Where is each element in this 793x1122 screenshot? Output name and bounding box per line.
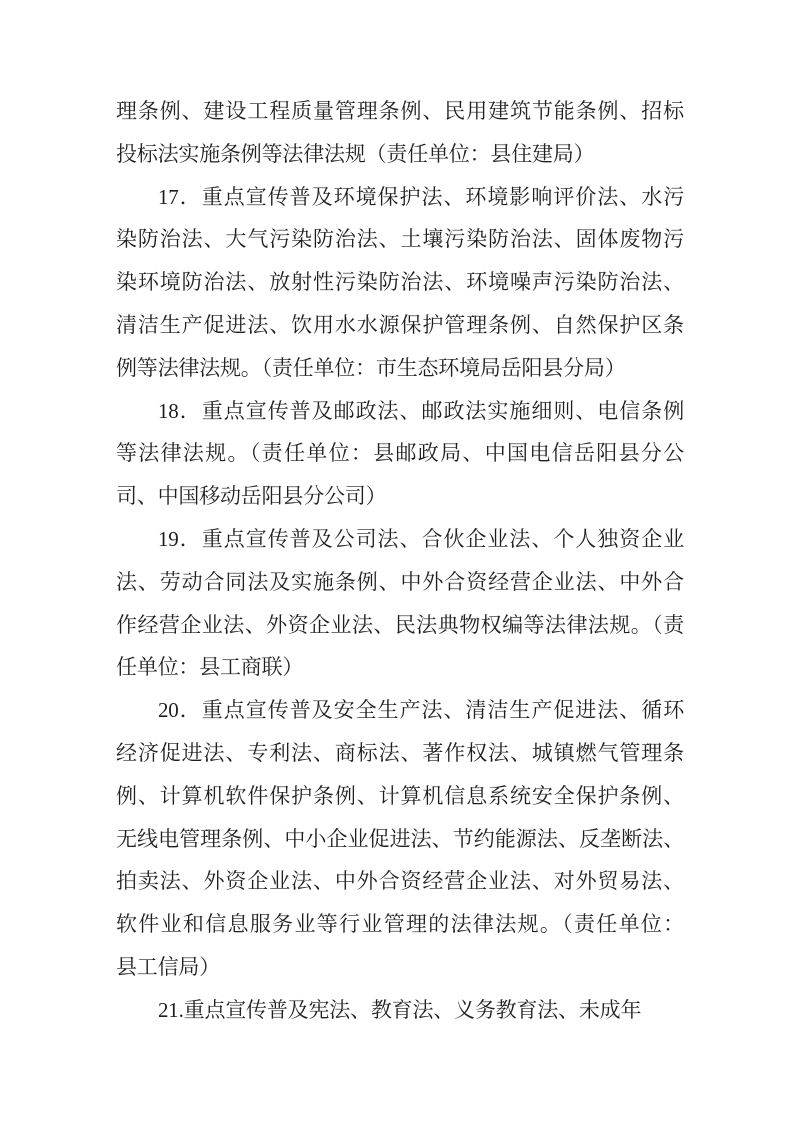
- paragraph: 21.重点宣传普及宪法、教育法、义务教育法、未成年: [116, 989, 684, 1032]
- paragraph: 18．重点宣传普及邮政法、邮政法实施细则、电信条例等法律法规。（责任单位：县邮政…: [116, 390, 684, 518]
- text-line: 19．重点宣传普及公司法、合伙企业法、个人独资企业: [116, 518, 684, 561]
- text-line: 等法律法规。（责任单位：县邮政局、中国电信岳阳县分公: [116, 432, 684, 475]
- text-line: 经济促进法、专利法、商标法、著作权法、城镇燃气管理条: [116, 732, 684, 775]
- text-line: 18．重点宣传普及邮政法、邮政法实施细则、电信条例: [116, 390, 684, 433]
- text-line: 17．重点宣传普及环境保护法、环境影响评价法、水污: [116, 176, 684, 219]
- text-line: 21.重点宣传普及宪法、教育法、义务教育法、未成年: [116, 989, 684, 1032]
- text-line: 软件业和信息服务业等行业管理的法律法规。（责任单位：: [116, 903, 684, 946]
- text-line: 染环境防治法、放射性污染防治法、环境噪声污染防治法、: [116, 261, 684, 304]
- text-line: 投标法实施条例等法律法规（责任单位：县住建局）: [116, 133, 684, 176]
- text-line: 法、劳动合同法及实施条例、中外合资经营企业法、中外合: [116, 561, 684, 604]
- text-line: 染防治法、大气污染防治法、土壤污染防治法、固体废物污: [116, 218, 684, 261]
- text-line: 20．重点宣传普及安全生产法、清洁生产促进法、循环: [116, 689, 684, 732]
- text-line: 无线电管理条例、中小企业促进法、节约能源法、反垄断法、: [116, 818, 684, 861]
- text-line: 拍卖法、外资企业法、中外合资经营企业法、对外贸易法、: [116, 860, 684, 903]
- paragraph: 17．重点宣传普及环境保护法、环境影响评价法、水污染防治法、大气污染防治法、土壤…: [116, 176, 684, 390]
- text-line: 例、计算机软件保护条例、计算机信息系统安全保护条例、: [116, 775, 684, 818]
- text-line: 作经营企业法、外资企业法、民法典物权编等法律法规。（责: [116, 604, 684, 647]
- text-line: 清洁生产促进法、饮用水水源保护管理条例、自然保护区条: [116, 304, 684, 347]
- document-body: 理条例、建设工程质量管理条例、民用建筑节能条例、招标投标法实施条例等法律法规（责…: [116, 90, 684, 1032]
- document-page: 理条例、建设工程质量管理条例、民用建筑节能条例、招标投标法实施条例等法律法规（责…: [0, 0, 793, 1122]
- paragraph: 理条例、建设工程质量管理条例、民用建筑节能条例、招标投标法实施条例等法律法规（责…: [116, 90, 684, 176]
- text-line: 司、中国移动岳阳县分公司）: [116, 475, 684, 518]
- paragraph: 19．重点宣传普及公司法、合伙企业法、个人独资企业法、劳动合同法及实施条例、中外…: [116, 518, 684, 689]
- text-line: 任单位：县工商联）: [116, 646, 684, 689]
- paragraph: 20．重点宣传普及安全生产法、清洁生产促进法、循环经济促进法、专利法、商标法、著…: [116, 689, 684, 989]
- text-line: 例等法律法规。（责任单位：市生态环境局岳阳县分局）: [116, 347, 684, 390]
- text-line: 县工信局）: [116, 946, 684, 989]
- text-line: 理条例、建设工程质量管理条例、民用建筑节能条例、招标: [116, 90, 684, 133]
